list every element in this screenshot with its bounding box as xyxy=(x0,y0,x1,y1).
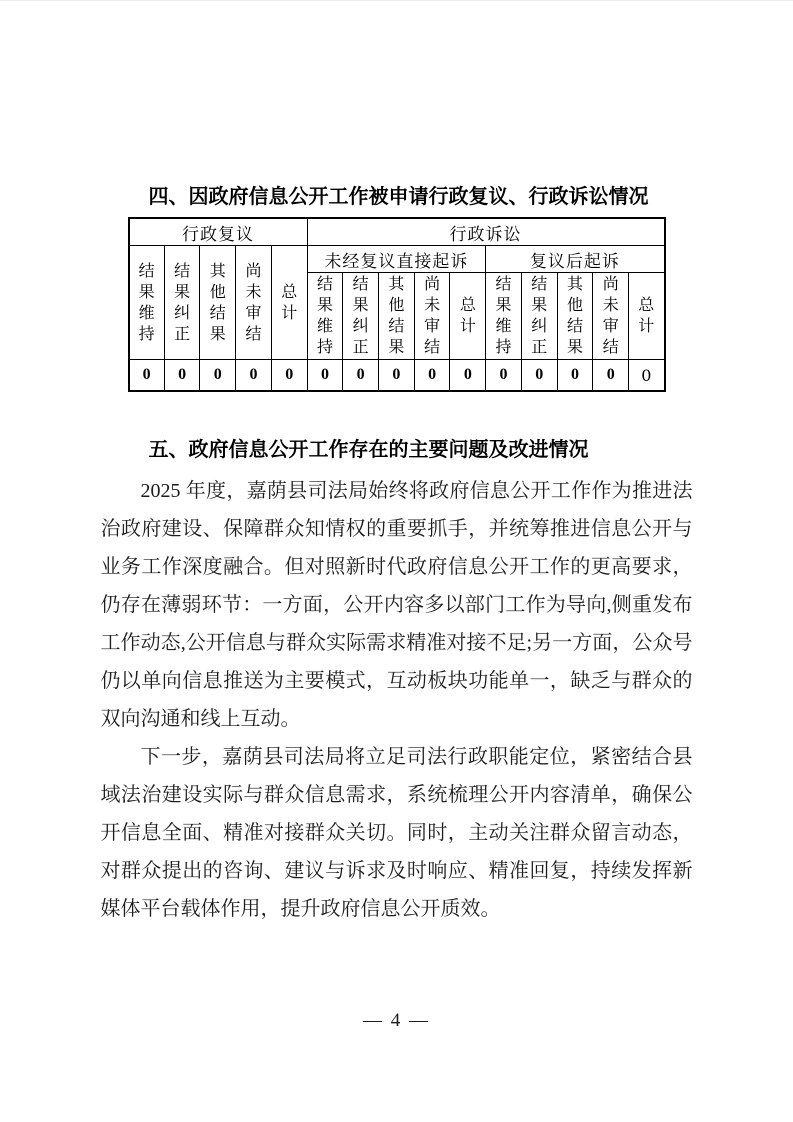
value-cell: 0 xyxy=(450,360,486,392)
header-administrative-litigation: 行政诉讼 xyxy=(307,218,664,246)
col-header-label: 尚未审结 xyxy=(602,274,619,358)
document-page: 四、因政府信息公开工作被申请行政复议、行政诉讼情况 行政复议 行政诉讼 结果维持… xyxy=(0,0,793,1122)
col-header-label: 其他结果 xyxy=(209,261,226,345)
col-header-other-result: 其他结果 xyxy=(200,246,236,360)
col-header-label: 结果维持 xyxy=(317,274,334,358)
col-header-label: 总计 xyxy=(459,295,476,337)
value-cell: 0 xyxy=(164,360,200,392)
value-cell: 0 xyxy=(129,360,165,392)
col-header-label: 结果维持 xyxy=(495,274,512,358)
col-header-pending: 尚未审结 xyxy=(236,246,272,360)
header-direct-suit-without-reconsideration: 未经复议直接起诉 xyxy=(307,246,486,273)
col-header-label: 结果纠正 xyxy=(531,274,548,358)
col-header-label: 结果纠正 xyxy=(174,261,191,345)
col-header-label: 尚未审结 xyxy=(245,261,262,345)
header-administrative-reconsideration: 行政复议 xyxy=(129,218,308,246)
col-header-other-result: 其他结果 xyxy=(379,273,415,360)
value-cell: 0 xyxy=(343,360,379,392)
col-header-total: 总计 xyxy=(629,273,665,360)
value-cell: 0 xyxy=(593,360,629,392)
table-group-header-row: 行政复议 行政诉讼 xyxy=(129,218,665,246)
page-number: — 4 — xyxy=(0,1006,793,1036)
col-header-result-upheld: 结果维持 xyxy=(486,273,522,360)
col-header-result-upheld: 结果维持 xyxy=(307,273,343,360)
col-header-total: 总计 xyxy=(271,246,307,360)
value-cell: 0 xyxy=(200,360,236,392)
value-cell: 0 xyxy=(236,360,272,392)
col-header-result-corrected: 结果纠正 xyxy=(164,246,200,360)
col-header-label: 结果维持 xyxy=(138,261,155,345)
paragraph-2: 下一步，嘉荫县司法局将立足司法行政职能定位，紧密结合县域法治建设实际与群众信息需… xyxy=(101,738,693,928)
col-header-result-corrected: 结果纠正 xyxy=(521,273,557,360)
section-4-heading: 四、因政府信息公开工作被申请行政复议、行政诉讼情况 xyxy=(101,182,693,212)
value-cell: 0 xyxy=(521,360,557,392)
col-header-other-result: 其他结果 xyxy=(557,273,593,360)
value-cell: 0 xyxy=(379,360,415,392)
value-cell: 0 xyxy=(557,360,593,392)
col-header-label: 结果纠正 xyxy=(352,274,369,358)
page-content: 四、因政府信息公开工作被申请行政复议、行政诉讼情况 行政复议 行政诉讼 结果维持… xyxy=(101,182,693,928)
col-header-result-upheld: 结果维持 xyxy=(129,246,165,360)
col-header-label: 总计 xyxy=(281,282,298,324)
value-cell: 0 xyxy=(271,360,307,392)
section-5-heading: 五、政府信息公开工作存在的主要问题及改进情况 xyxy=(101,435,693,465)
col-header-pending: 尚未审结 xyxy=(593,273,629,360)
col-header-label: 总计 xyxy=(638,295,655,337)
value-cell: 0 xyxy=(486,360,522,392)
paragraph-1: 2025 年度，嘉荫县司法局始终将政府信息公开工作作为推进法治政府建设、保障群众… xyxy=(101,472,693,738)
col-header-result-corrected: 结果纠正 xyxy=(343,273,379,360)
table-value-row: 0 0 0 0 0 0 0 0 0 0 0 0 0 0 0 xyxy=(129,360,665,392)
col-header-label: 尚未审结 xyxy=(424,274,441,358)
table-subgroup-header-row: 结果维持 结果纠正 其他结果 尚未审结 总计 未经复议直接起诉 复议后起诉 xyxy=(129,246,665,273)
col-header-total: 总计 xyxy=(450,273,486,360)
value-cell: 0 xyxy=(307,360,343,392)
header-suit-after-reconsideration: 复议后起诉 xyxy=(486,246,665,273)
admin-review-litigation-table: 行政复议 行政诉讼 结果维持 结果纠正 其他结果 尚未审结 总计 未经复议直接起… xyxy=(128,217,666,392)
col-header-label: 其他结果 xyxy=(388,274,405,358)
value-cell: 0 xyxy=(629,360,665,392)
value-cell: 0 xyxy=(414,360,450,392)
col-header-pending: 尚未审结 xyxy=(414,273,450,360)
col-header-label: 其他结果 xyxy=(567,274,584,358)
